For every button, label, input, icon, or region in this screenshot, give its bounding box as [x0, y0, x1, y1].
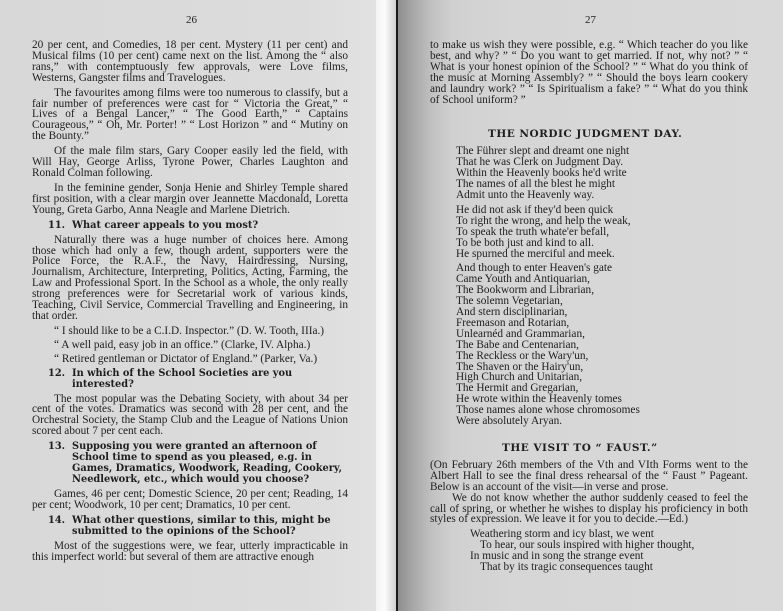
- stanza: And though to enter Heaven's gate Came Y…: [456, 263, 748, 427]
- question-text: In which of the School Societies are you…: [72, 368, 348, 390]
- poem: Weathering storm and icy blast, we went …: [470, 529, 748, 573]
- right-page-text: to make us wish they were possible, e.g.…: [430, 40, 748, 573]
- answer-paragraph: Games, 46 per cent; Domestic Science, 20…: [32, 489, 348, 511]
- answer-paragraph: The most popular was the Debating Societ…: [32, 394, 348, 438]
- right-page: 27 to make us wish they were possible, e…: [398, 0, 783, 611]
- paragraph: to make us wish they were possible, e.g.…: [430, 40, 748, 105]
- answer-paragraph: Most of the suggestions were, we fear, u…: [32, 541, 348, 563]
- paragraph: Of the male film stars, Gary Cooper easi…: [32, 146, 348, 179]
- question-text: Supposing you were granted an afternoon …: [72, 441, 348, 485]
- page-number: 27: [585, 14, 596, 26]
- question-number: 11.: [32, 220, 72, 231]
- poem-title: THE NORDIC JUDGMENT DAY.: [488, 129, 748, 140]
- poem: The Führer slept and dreamt one night Th…: [456, 146, 748, 427]
- poem-line: To be both just and kind to all.: [456, 238, 748, 249]
- paragraph: The favourites among films were too nume…: [32, 88, 348, 143]
- stanza: The Führer slept and dreamt one night Th…: [456, 146, 748, 201]
- left-page-text: 20 per cent, and Comedies, 18 per cent. …: [32, 40, 348, 567]
- question-number: 12.: [32, 368, 72, 390]
- question-number: 14.: [32, 515, 72, 537]
- quote: “ Retired gentleman or Dictator of Engla…: [32, 354, 348, 365]
- question-number: 13.: [32, 441, 72, 485]
- poem-title: THE VISIT TO “ FAUST.”: [502, 443, 748, 454]
- question-text: What other questions, similar to this, m…: [72, 515, 348, 537]
- left-page: 26 20 per cent, and Comedies, 18 per cen…: [0, 0, 378, 611]
- poem-line: Were absolutely Aryan.: [456, 416, 748, 427]
- editor-note: (On February 26th members of the Vth and…: [430, 460, 748, 525]
- paragraph: 20 per cent, and Comedies, 18 per cent. …: [32, 40, 348, 84]
- poem-line: Admit unto the Heavenly way.: [456, 190, 748, 201]
- poem-line: To speak the truth whate'er befall,: [456, 227, 748, 238]
- quote: “ A well paid, easy job in an office.” (…: [32, 340, 348, 351]
- poem-line: That by its tragic consequences taught: [470, 562, 748, 573]
- question-heading: 12. In which of the School Societies are…: [32, 368, 348, 390]
- question-heading: 14. What other questions, similar to thi…: [32, 515, 348, 537]
- question-text: What career appeals to you most?: [72, 220, 348, 231]
- page-edge: [376, 0, 398, 611]
- paragraph: In the feminine gender, Sonja Henie and …: [32, 183, 348, 216]
- stanza: He did not ask if they'd been quick To r…: [456, 205, 748, 260]
- question-heading: 11. What career appeals to you most?: [32, 220, 348, 231]
- quote: “ I should like to be a C.I.D. Inspector…: [32, 326, 348, 337]
- paragraph: (On February 26th members of the Vth and…: [430, 460, 748, 493]
- question-heading: 13. Supposing you were granted an aftern…: [32, 441, 348, 485]
- poem-line: He spurned the merciful and meek.: [456, 249, 748, 260]
- poem-line: The Reckless or the Wary'un,: [456, 351, 748, 362]
- answer-paragraph: Naturally there was a huge number of cho…: [32, 235, 348, 322]
- paragraph: We do not know whether the author sudden…: [430, 493, 748, 526]
- book-spread: 26 20 per cent, and Comedies, 18 per cen…: [0, 0, 783, 611]
- page-number: 26: [186, 14, 197, 26]
